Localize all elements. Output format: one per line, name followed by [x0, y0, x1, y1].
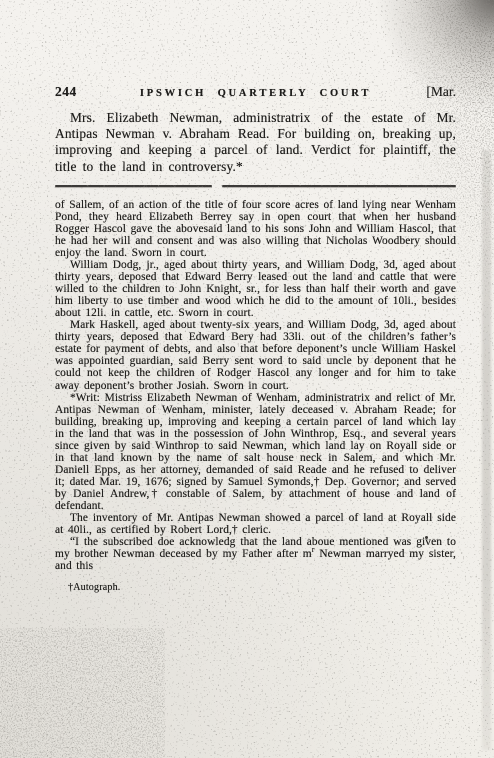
footnote-paragraph: of Sallem, of an action of the title of … [55, 199, 456, 259]
divider-right-segment [222, 185, 456, 187]
autograph-footnote: †Autograph. [68, 582, 456, 593]
scan-edge-streak [482, 150, 491, 750]
quoted-acknowledgment-paragraph: “I the subscribed doe acknowledg that th… [55, 536, 456, 572]
scanned-book-page: 244 IPSWICH QUARTERLY COURT [Mar. Mrs. E… [0, 0, 494, 758]
case-summary-paragraph: Mrs. Elizabeth Newman, administratrix of… [55, 110, 456, 175]
footnote-paragraph: *Writ: Mistriss Elizabeth Newman of Wenh… [55, 392, 456, 512]
footnote-divider [55, 185, 456, 188]
divider-left-segment [55, 185, 212, 187]
running-title: IPSWICH QUARTERLY COURT [117, 88, 394, 99]
footnote-paragraph: Mark Haskell, aged about twenty-six year… [55, 319, 456, 391]
footnote-paragraph: The inventory of Mr. Antipas Newman show… [55, 512, 456, 536]
page-number: 244 [55, 84, 117, 100]
month-label: [Mar. [394, 84, 456, 100]
page-header: 244 IPSWICH QUARTERLY COURT [Mar. [55, 84, 456, 100]
page-content: 244 IPSWICH QUARTERLY COURT [Mar. Mrs. E… [55, 0, 456, 593]
footnote-paragraph: William Dodg, jr., aged about thirty yea… [55, 259, 456, 319]
footnote-section: of Sallem, of an action of the title of … [55, 199, 456, 572]
